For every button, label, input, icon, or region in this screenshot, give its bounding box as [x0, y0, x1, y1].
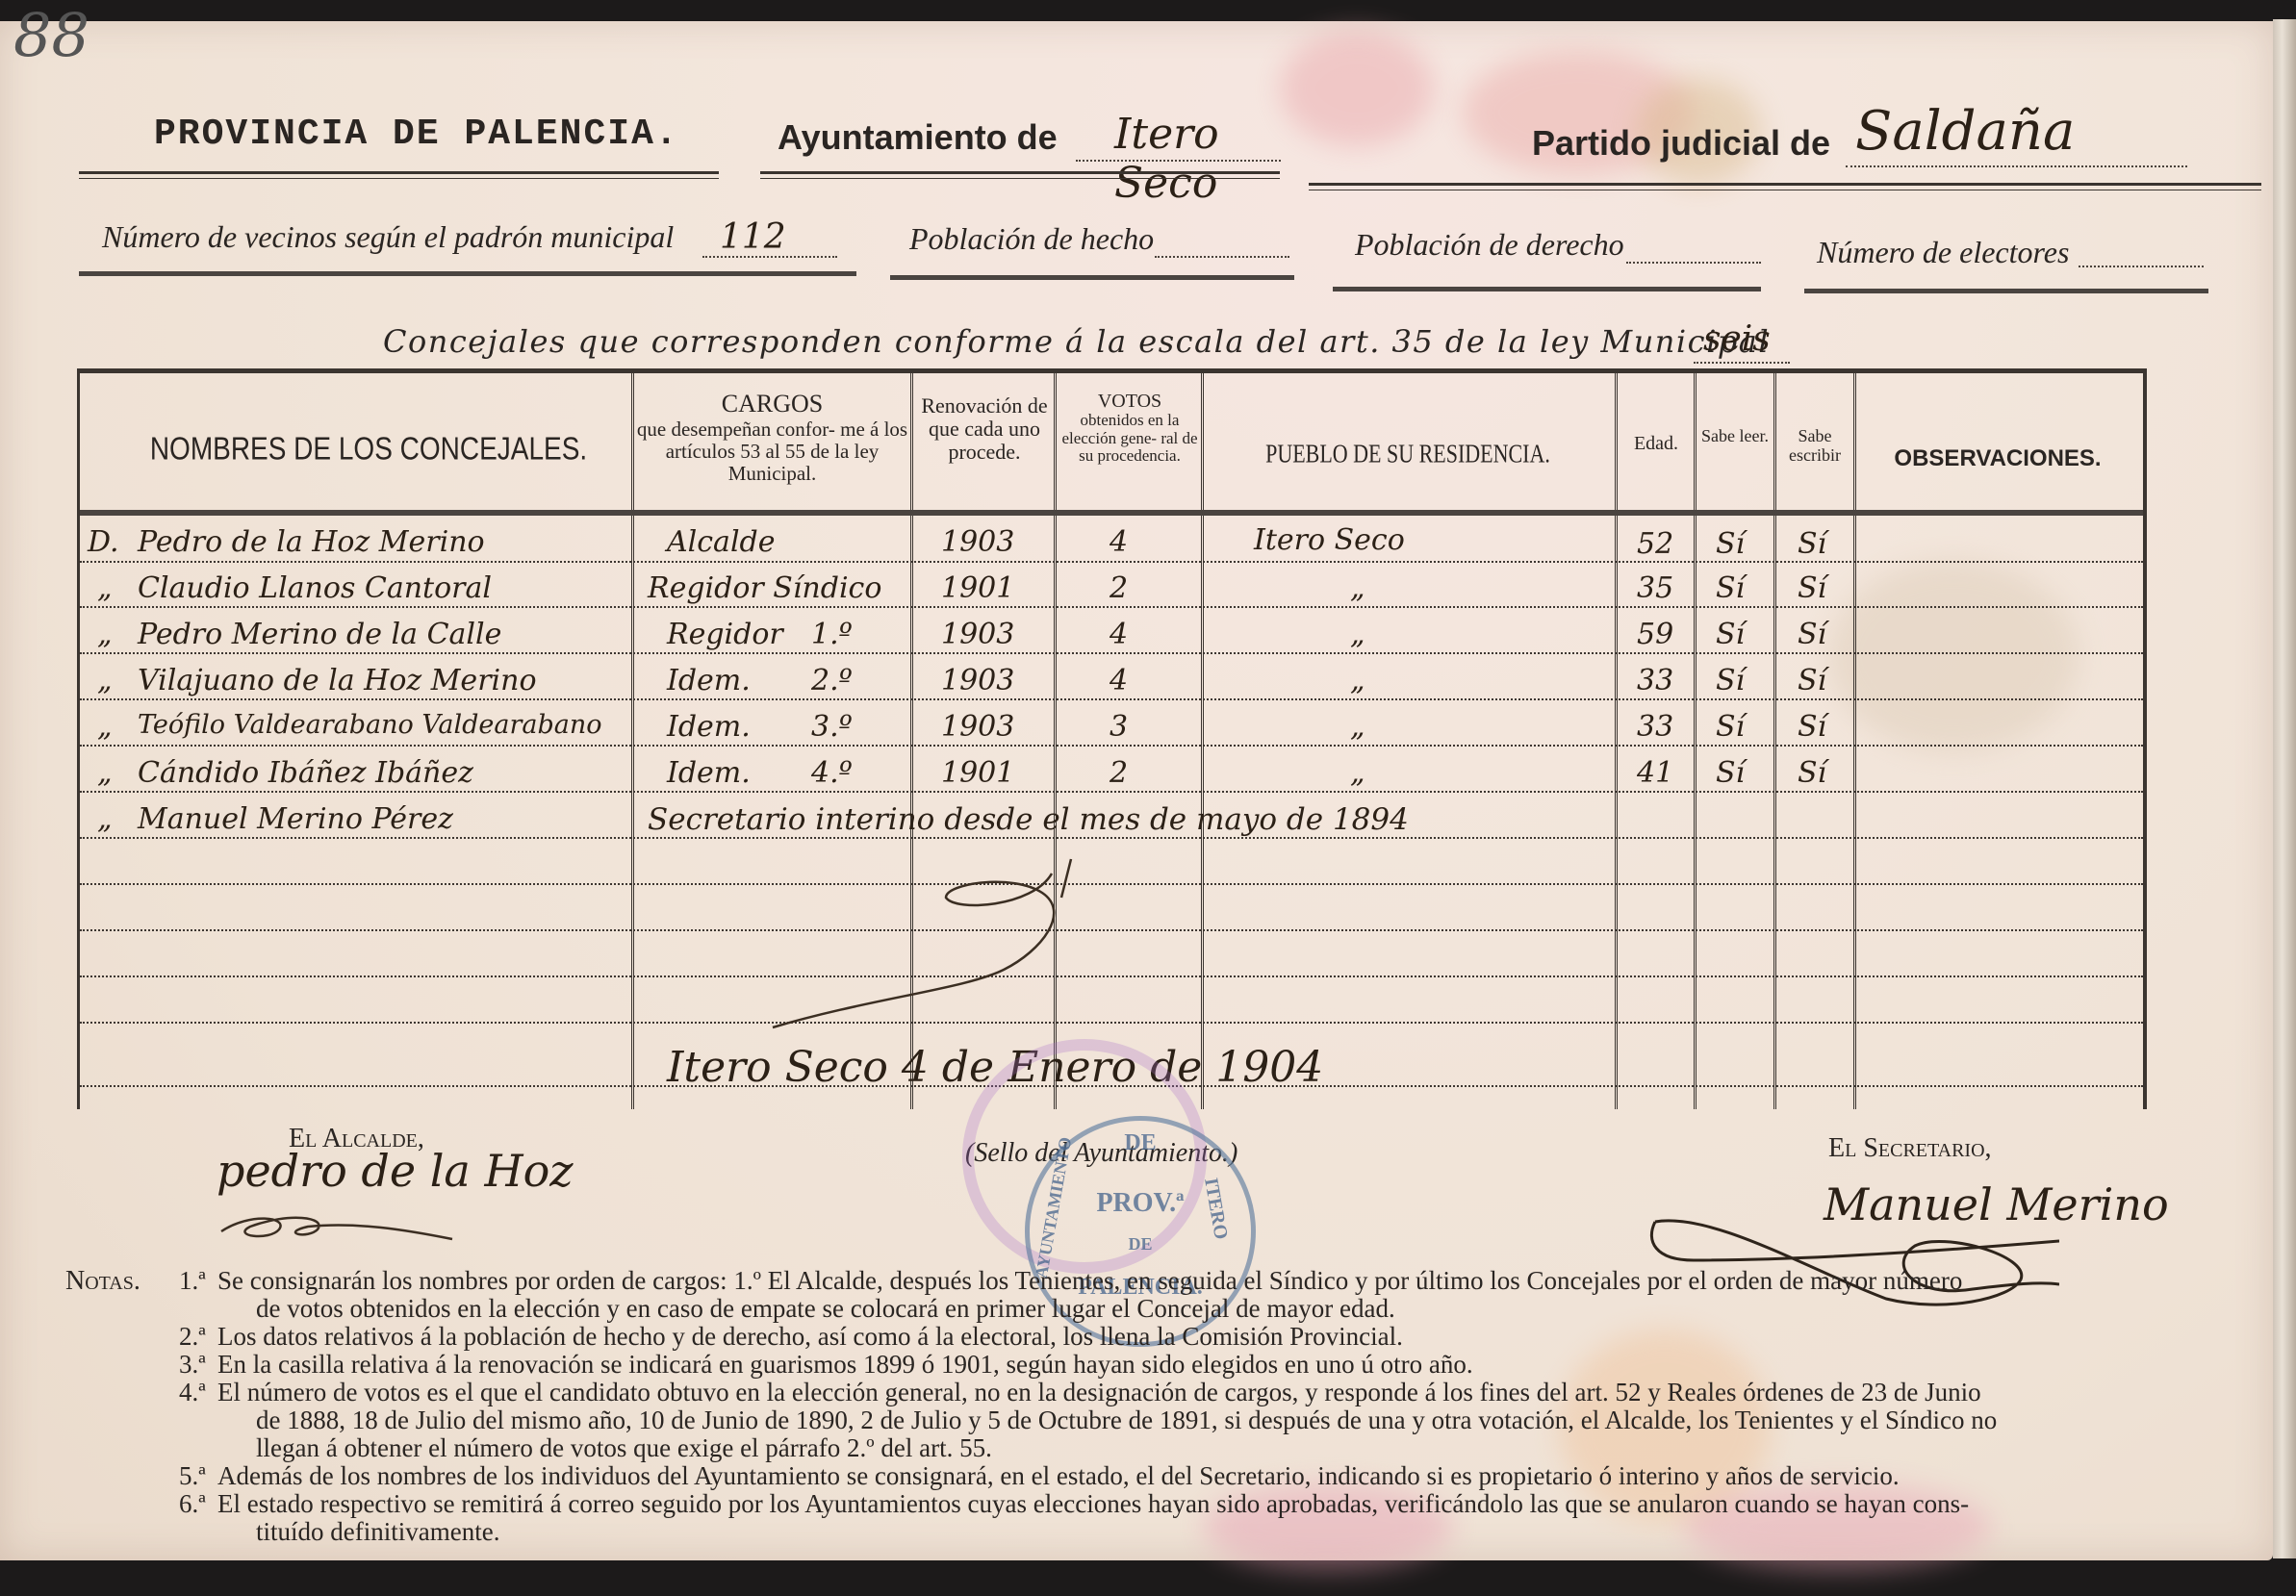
row-pueblo: „ [1350, 710, 1365, 744]
derecho-label: Población de derecho [1355, 227, 1624, 263]
row-nombre: Cándido Ibáñez Ibáñez [138, 756, 473, 790]
partido-value: Saldaña [1855, 100, 2075, 163]
secretario-label: El Secretario, [1828, 1133, 1992, 1164]
row-renovacion: 1903 [941, 664, 1014, 697]
divider [1309, 183, 2261, 190]
header-edad: Edad. [1620, 433, 1693, 454]
note-line: tituído definitivamente. [256, 1518, 499, 1546]
hecho-field [1155, 227, 1289, 258]
stain [1280, 31, 1434, 146]
row-edad: 52 [1637, 527, 1673, 561]
row-prefix: „ [97, 710, 113, 744]
row-edad: 41 [1637, 756, 1673, 790]
note-line: llegan á obtener el número de votos que … [256, 1434, 992, 1462]
note-number: 2.ª [179, 1323, 206, 1351]
row-prefix: „ [97, 571, 113, 605]
row-edad: 33 [1637, 664, 1673, 697]
row-nombre: Pedro de la Hoz Merino [138, 525, 485, 559]
row-nombre: Claudio Llanos Cantoral [138, 571, 492, 605]
vecinos-value: 112 [720, 217, 786, 257]
divider [79, 171, 719, 179]
column-divider [631, 373, 634, 1109]
provincia-title: PROVINCIA DE PALENCIA. [154, 114, 679, 155]
row-renovacion: 1903 [941, 710, 1014, 744]
concejales-label: Concejales que corresponden conforme á l… [383, 323, 1770, 360]
row-votos: 3 [1110, 710, 1128, 744]
concejales-table: NOMBRES DE LOS CONCEJALES. CARGOS que de… [77, 368, 2147, 1109]
row-prefix: D. [88, 525, 119, 559]
flourish-icon [753, 854, 1158, 1066]
row-renovacion: 1903 [941, 525, 1014, 559]
ayuntamiento-value: Itero Seco [1114, 110, 1219, 208]
row-leer: Sí [1716, 756, 1745, 790]
note-line: En la casilla relativa á la renovación s… [217, 1351, 1473, 1379]
column-divider [1201, 373, 1204, 1109]
note-line: El estado respectivo se remitirá á corre… [217, 1490, 1969, 1518]
note-number: 3.ª [179, 1351, 206, 1379]
row-pueblo: „ [1350, 571, 1365, 605]
row-cargo-num: 2.º [811, 664, 853, 697]
header-votos: VOTOS obtenidos en la elección gene- ral… [1059, 391, 1200, 466]
row-line [80, 561, 2143, 563]
header-rule [80, 510, 2143, 516]
row-edad: 35 [1637, 571, 1673, 605]
row-edad: 33 [1637, 710, 1673, 744]
divider [890, 275, 1294, 280]
divider [1333, 287, 1761, 291]
row-prefix: „ [97, 664, 113, 697]
page-edge [2273, 19, 2296, 1558]
row-leer: Sí [1716, 571, 1745, 605]
note-line: de 1888, 18 de Julio del mismo año, 10 d… [256, 1406, 1997, 1434]
header-renovacion: Renovación de que cada uno procede. [917, 394, 1052, 465]
partido-field: Saldaña [1846, 123, 2187, 167]
column-divider [1773, 373, 1776, 1109]
row-line [80, 745, 2143, 747]
header-nombres: NOMBRES DE LOS CONCEJALES. [118, 432, 619, 468]
row-escribir: Sí [1798, 571, 1826, 605]
divider [79, 271, 856, 276]
row-cargo: Idem. [667, 664, 751, 697]
row-pueblo: „ [1350, 756, 1365, 790]
row-escribir: Sí [1798, 664, 1826, 697]
row-votos: 4 [1110, 525, 1128, 559]
row-nombre: Teófilo Valdearabano Valdearabano [138, 710, 602, 740]
row-prefix: „ [97, 802, 113, 836]
note-line: de votos obtenidos en la elección y en c… [256, 1295, 1395, 1323]
derecho-field [1626, 235, 1761, 264]
row-escribir: Sí [1798, 527, 1826, 561]
row-renovacion: 1903 [941, 618, 1014, 651]
row-edad: 59 [1637, 618, 1673, 651]
row-cargo: Alcalde [667, 525, 776, 559]
header-votos-title: VOTOS [1059, 391, 1200, 412]
row-cargo: Regidor Síndico [648, 571, 881, 605]
row-votos: 4 [1110, 664, 1128, 697]
header-cargos: CARGOS que desempeñan confor- me á los a… [636, 391, 908, 485]
row-escribir: Sí [1798, 710, 1826, 744]
header-sabe-escribir: Sabe escribir [1778, 427, 1851, 466]
header-cargos-title: CARGOS [636, 391, 908, 418]
row-nombre: Manuel Merino Pérez [138, 802, 453, 836]
hecho-label: Población de hecho [909, 221, 1154, 257]
folio-number: 88 [13, 0, 89, 70]
row-line [80, 837, 2143, 839]
row-cargo-num: 4.º [811, 756, 853, 790]
row-renovacion: 1901 [941, 756, 1014, 790]
row-prefix: „ [97, 618, 113, 651]
row-line [80, 698, 2143, 700]
row-votos: 2 [1110, 571, 1128, 605]
note-line: El número de votos es el que el candidat… [217, 1379, 1981, 1406]
row-nombre: Vilajuano de la Hoz Merino [138, 664, 537, 697]
row-renovacion: 1901 [941, 571, 1014, 605]
note-number: 1.ª [179, 1267, 206, 1295]
header-pueblo: PUEBLO DE SU RESIDENCIA. [1206, 440, 1610, 469]
row-cargo-num: 3.º [811, 710, 853, 744]
note-number: 6.ª [179, 1490, 206, 1518]
ayuntamiento-field: Itero Seco [1076, 123, 1281, 162]
note-line: Los datos relativos á la población de he… [217, 1323, 1403, 1351]
electores-field [2079, 239, 2204, 267]
concejales-field: seis [1694, 329, 1790, 364]
vecinos-label: Número de vecinos según el padrón munici… [102, 219, 674, 255]
row-nombre: Pedro Merino de la Calle [138, 618, 501, 651]
row-cargo-num: 1.º [811, 618, 853, 651]
row-line [80, 791, 2143, 793]
row-cargo: Secretario interino desde el mes de mayo… [648, 802, 1409, 837]
header-cargos-sub: que desempeñan confor- me á los artículo… [636, 418, 908, 485]
note-line: Se consignarán los nombres por orden de … [217, 1267, 1962, 1295]
header-sabe-leer: Sabe leer. [1698, 427, 1772, 446]
column-divider [1694, 373, 1696, 1109]
header-votos-sub: obtenidos en la elección gene- ral de su… [1059, 412, 1200, 466]
row-cargo: Regidor [667, 618, 783, 651]
row-cargo: Idem. [667, 756, 751, 790]
column-divider [1615, 373, 1618, 1109]
row-leer: Sí [1716, 527, 1745, 561]
row-escribir: Sí [1798, 618, 1826, 651]
note-number: 4.ª [179, 1379, 206, 1406]
note-number: 5.ª [179, 1462, 206, 1490]
concejales-value: seis [1703, 319, 1771, 359]
row-escribir: Sí [1798, 756, 1826, 790]
row-votos: 2 [1110, 756, 1128, 790]
row-line [80, 652, 2143, 654]
alcalde-flourish-icon [212, 1183, 500, 1251]
vecinos-field: 112 [702, 223, 837, 258]
header-observaciones: OBSERVACIONES. [1858, 446, 2137, 471]
divider [1804, 289, 2208, 293]
secretario-flourish-icon [1636, 1212, 2059, 1318]
partido-label: Partido judicial de [1532, 123, 1830, 164]
column-divider [1853, 373, 1856, 1109]
notes-label: Notas. [65, 1267, 140, 1295]
note-line: Además de los nombres de los individuos … [217, 1462, 1900, 1490]
ayuntamiento-label: Ayuntamiento de [778, 117, 1058, 158]
electores-label: Número de electores [1817, 235, 2069, 270]
row-pueblo: Itero Seco [1254, 523, 1405, 557]
row-cargo: Idem. [667, 710, 751, 744]
row-votos: 4 [1110, 618, 1128, 651]
row-pueblo: „ [1350, 664, 1365, 697]
divider [760, 171, 1280, 179]
row-prefix: „ [97, 756, 113, 790]
row-pueblo: „ [1350, 618, 1365, 651]
row-leer: Sí [1716, 664, 1745, 697]
row-leer: Sí [1716, 710, 1745, 744]
row-line [80, 606, 2143, 608]
row-leer: Sí [1716, 618, 1745, 651]
